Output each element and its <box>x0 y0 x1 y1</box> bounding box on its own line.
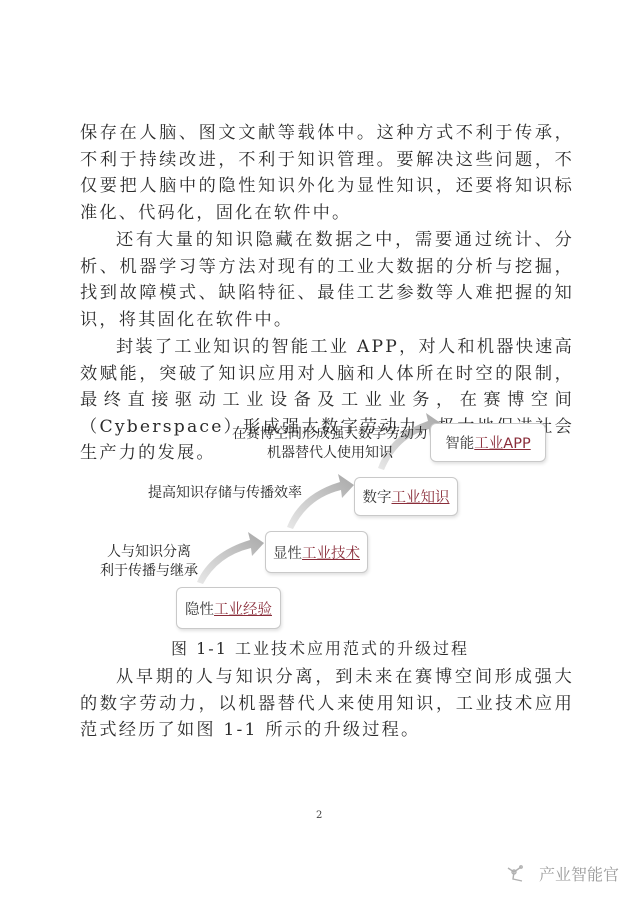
stage-box-digital-knowledge: 数字工业知识 <box>354 477 458 516</box>
paragraph-2: 还有大量的知识隐藏在数据之中，需要通过统计、分析、机器学习等方法对现有的工业大数… <box>80 227 574 333</box>
label-storage-efficiency: 提高知识存储与传播效率 <box>148 484 302 503</box>
stage-box-tacit-experience: 隐性工业经验 <box>176 587 281 629</box>
watermark: 产业智能官 <box>505 862 619 885</box>
paragraph-4: 从早期的人与知识分离，到未来在赛博空间形成强大的数字劳动力，以机器替代人来使用知… <box>80 664 574 744</box>
figure-caption: 图 1-1 工业技术应用范式的升级过程 <box>0 636 640 659</box>
label-digital-workforce: 在赛博空间形成强大数字劳动力 机器替代人使用知识 <box>232 425 428 463</box>
label-separation: 人与知识分离 利于传播与继承 <box>100 543 198 581</box>
wechat-official-account-icon <box>505 864 531 884</box>
paragraph-1: 保存在人脑、图文文献等载体中。这种方式不利于传承，不利于持续改进，不利于知识管理… <box>80 120 574 226</box>
page-number: 2 <box>316 810 322 821</box>
stage-box-explicit-technology: 显性工业技术 <box>265 531 368 573</box>
stage-box-intelligent-app: 智能工业APP <box>430 423 546 462</box>
watermark-text: 产业智能官 <box>539 862 619 885</box>
